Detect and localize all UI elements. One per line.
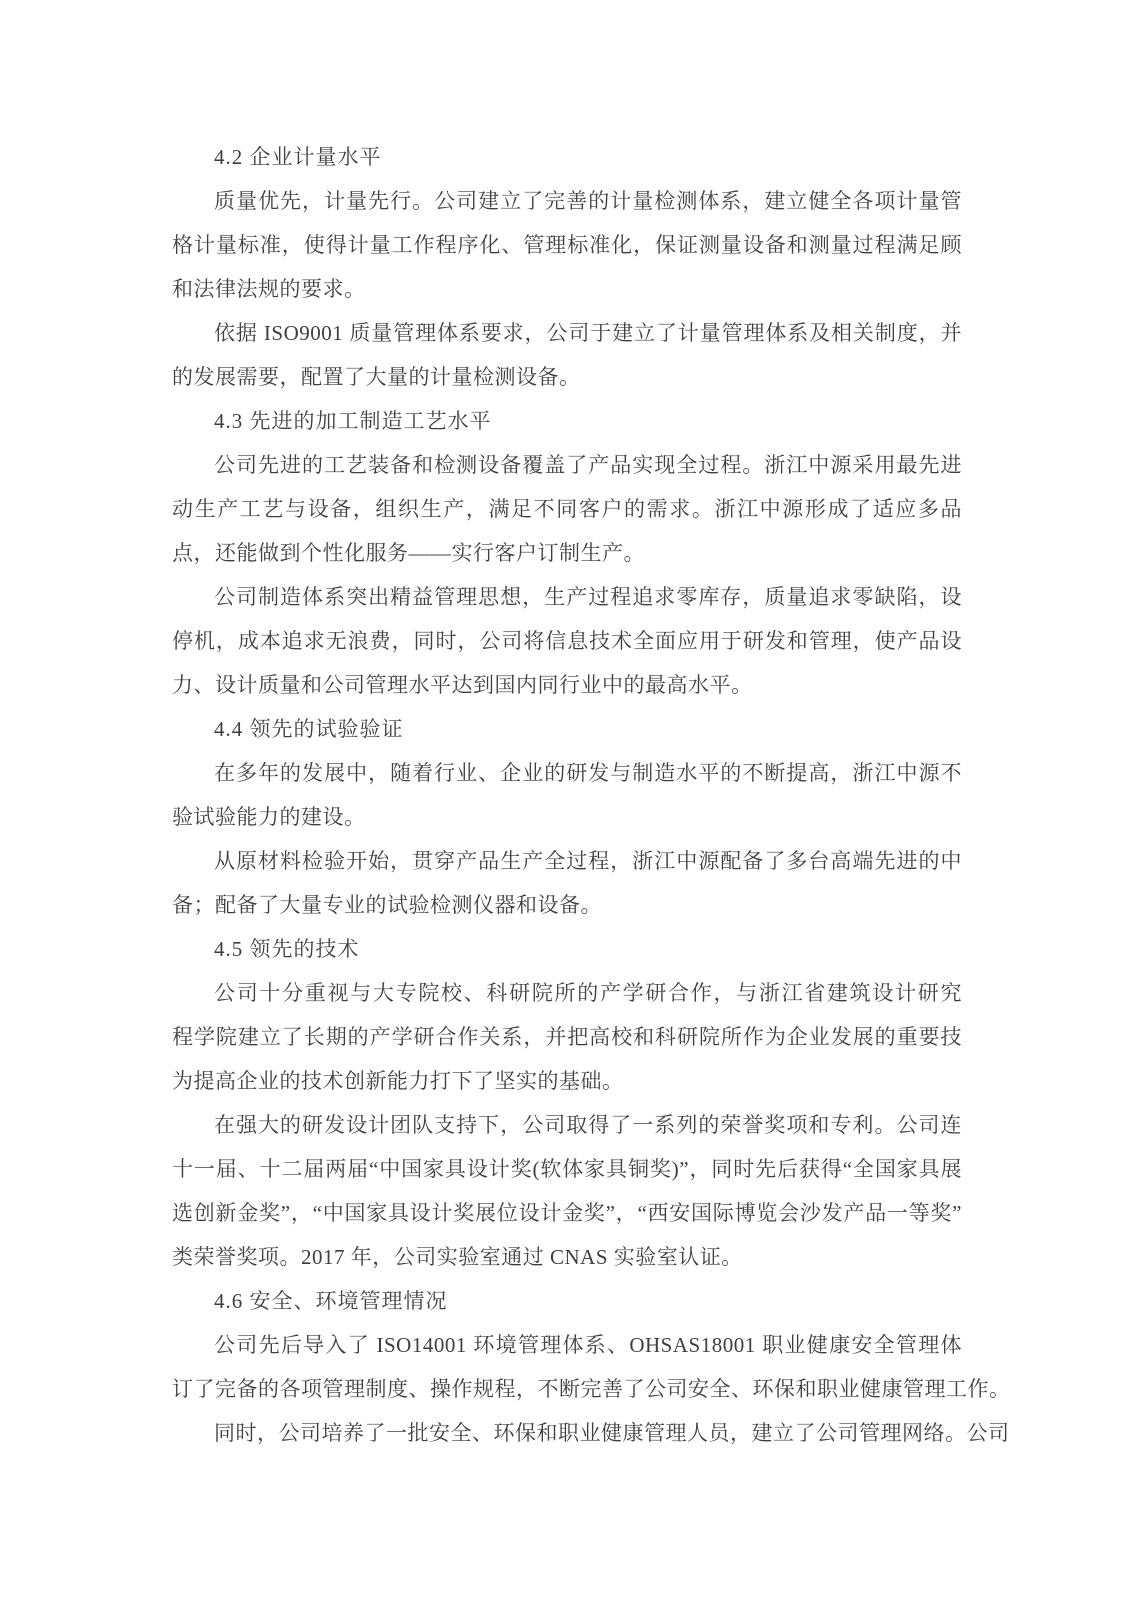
text-line: 格计量标准，使得计量工作程序化、管理标准化，保证测量设备和测量过程满足顾客、组织: [172, 223, 962, 267]
text-line: 订了完备的各项管理制度、操作规程，不断完善了公司安全、环保和职业健康管理工作。: [172, 1367, 962, 1411]
text-line: 点，还能做到个性化服务——实行客户订制生产。: [172, 531, 962, 575]
text-line: 公司先后导入了 ISO14001 环境管理体系、OHSAS18001 职业健康安…: [172, 1323, 962, 1367]
text-line: 从原材料检验开始，贯穿产品生产全过程，浙江中源配备了多台高端先进的中小试验设: [172, 839, 962, 883]
text-line: 同时，公司培养了一批安全、环保和职业健康管理人员，建立了公司管理网络。公司: [172, 1411, 962, 1455]
text-line: 公司先进的工艺装备和检测设备覆盖了产品实现全过程。浙江中源采用最先进的精制电: [172, 443, 962, 487]
document-page: 4.2 企业计量水平质量优先，计量先行。公司建立了完善的计量检测体系，建立健全各…: [0, 0, 1131, 1600]
text-line: 动生产工艺与设备，组织生产，满足不同客户的需求。浙江中源形成了适应多品种、小批量…: [172, 487, 962, 531]
text-line: 程学院建立了长期的产学研合作关系，并把高校和科研院所作为企业发展的重要技术支撑，: [172, 1015, 962, 1059]
text-line: 停机，成本追求无浪费，同时，公司将信息技术全面应用于研发和管理，使产品设计能: [172, 619, 962, 663]
section-heading-4-2: 4.2 企业计量水平: [172, 135, 962, 179]
text-line: 力、设计质量和公司管理水平达到国内同行业中的最高水平。: [172, 663, 962, 707]
text-line: 类荣誉奖项。2017 年，公司实验室通过 CNAS 实验室认证。: [172, 1235, 962, 1279]
text-line: 质量优先，计量先行。公司建立了完善的计量检测体系，建立健全各项计量管理制度，严: [172, 179, 962, 223]
text-line: 选创新金奖”，“中国家具设计奖展位设计金奖”，“西安国际博览会沙发产品一等奖”等…: [172, 1191, 962, 1235]
section-heading-4-3: 4.3 先进的加工制造工艺水平: [172, 399, 962, 443]
text-line: 在强大的研发设计团队支持下，公司取得了一系列的荣誉奖项和专利。公司连续获得第: [172, 1103, 962, 1147]
section-heading-4-5: 4.5 领先的技术: [172, 927, 962, 971]
text-line: 公司制造体系突出精益管理思想，生产过程追求零库存，质量追求零缺陷，设备追求无: [172, 575, 962, 619]
text-line: 为提高企业的技术创新能力打下了坚实的基础。: [172, 1059, 962, 1103]
text-line: 公司十分重视与大专院校、科研院所的产学研合作，与浙江省建筑设计研究院、宁波工: [172, 971, 962, 1015]
text-line: 十一届、十二届两届“中国家具设计奖(软体家具铜奖)”，同时先后获得“全国家具展览…: [172, 1147, 962, 1191]
text-line: 验试验能力的建设。: [172, 795, 962, 839]
document-content: 4.2 企业计量水平质量优先，计量先行。公司建立了完善的计量检测体系，建立健全各…: [172, 135, 962, 1455]
text-line: 和法律法规的要求。: [172, 267, 962, 311]
text-line: 依据 ISO9001 质量管理体系要求，公司于建立了计量管理体系及相关制度，并根…: [172, 311, 962, 355]
text-line: 的发展需要，配置了大量的计量检测设备。: [172, 355, 962, 399]
section-heading-4-6: 4.6 安全、环境管理情况: [172, 1279, 962, 1323]
text-line: 备；配备了大量专业的试验检测仪器和设备。: [172, 883, 962, 927]
section-heading-4-4: 4.4 领先的试验验证: [172, 707, 962, 751]
text-line: 在多年的发展中，随着行业、企业的研发与制造水平的不断提高，浙江中源不断加强检: [172, 751, 962, 795]
